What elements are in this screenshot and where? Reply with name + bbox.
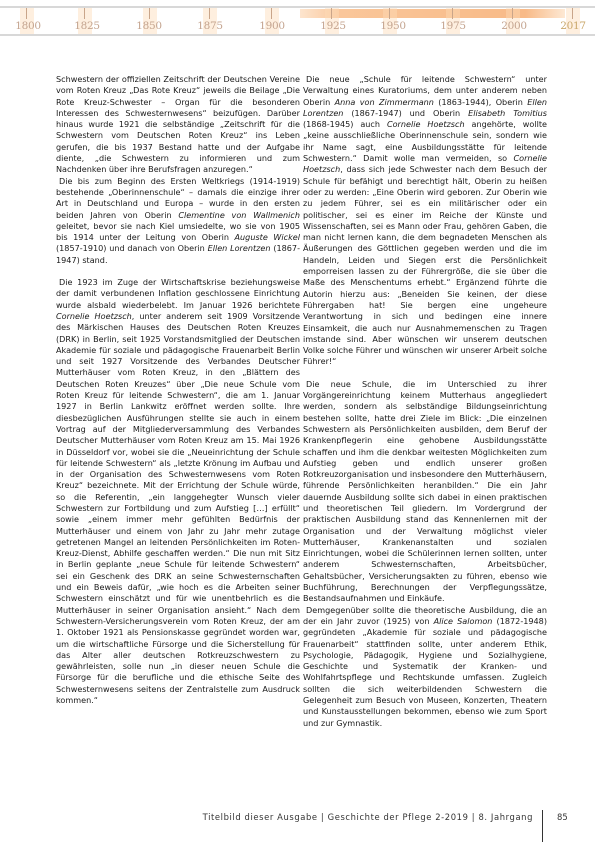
timeline-year: 2000: [501, 20, 527, 32]
timeline-year: 2017: [560, 20, 586, 32]
person-name: Elisabeth Tomitius: [468, 108, 547, 118]
paragraph: Schwestern der offiziellen Zeitschrift d…: [56, 74, 300, 176]
timeline-bottom-rule: [0, 34, 595, 36]
person-name: Ellen Lorentzen: [208, 243, 271, 253]
timeline-highlight-bar: [300, 9, 565, 18]
paragraph: Demgegenüber sollte die theoretische Aus…: [303, 605, 547, 729]
page-number: 85: [557, 812, 568, 822]
person-name: Clementine von Wallmenich: [178, 210, 300, 220]
timeline-year: 1850: [136, 20, 162, 32]
running-title: Titelbild dieser Ausgabe | Geschichte de…: [203, 812, 533, 822]
person-name: Anna von Zimmermann: [335, 97, 434, 107]
left-column: Schwestern der offiziellen Zeitschrift d…: [56, 74, 300, 706]
person-name: Cornelie Hoetzsch: [56, 311, 132, 321]
person-name: Auguste Wickel: [235, 232, 300, 242]
paragraph: Die 1923 im Zuge der Wirtschaftskrise be…: [56, 277, 300, 706]
timeline-year: 1825: [74, 20, 100, 32]
timeline-year: 1875: [197, 20, 223, 32]
paragraph: Die neue Schule, die im Unterschied zu i…: [303, 379, 547, 605]
paragraph: Die neue „Schule für leitende Schwestern…: [303, 74, 547, 368]
timeline-year: 1975: [440, 20, 466, 32]
page-footer: Titelbild dieser Ausgabe | Geschichte de…: [0, 810, 595, 840]
person-name: Cornelie Hoetzsch: [387, 119, 465, 129]
person-name: Alice Salomon: [434, 616, 493, 626]
footer-divider: [542, 810, 543, 842]
timeline-header: 1800 1825 1850 1875 1900 1925 1950 1975 …: [0, 0, 595, 40]
right-column: Die neue „Schule für leitende Schwestern…: [303, 74, 547, 729]
timeline-year: 1950: [380, 20, 406, 32]
timeline-year: 1900: [259, 20, 285, 32]
paragraph: Die bis zum Beginn des Ersten Weltkriegs…: [56, 176, 300, 266]
timeline-year: 1925: [320, 20, 346, 32]
timeline-year: 1800: [15, 20, 41, 32]
